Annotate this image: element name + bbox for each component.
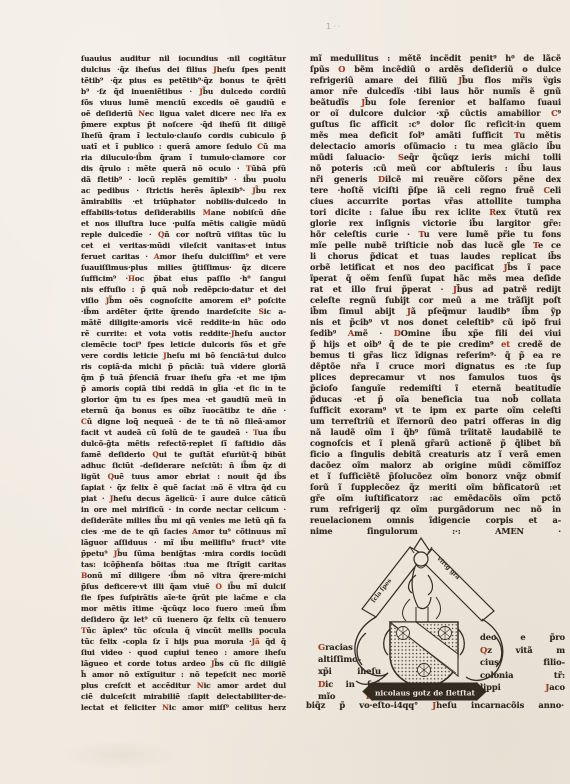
text-line: p̃mere exptus p̃t noſcere ·q̃d iheſũ ſit… <box>81 119 286 130</box>
text-line: rat et illo frui p̃perat · Jb̃us ad patr… <box>310 284 561 295</box>
text-line: mĩe pelle nubẽ triſticie nob̃ das lucẽ g… <box>310 240 561 251</box>
text-line: ſedib⁹ Amẽ · DOmine ib̃u xp̃e fili dei v… <box>310 328 561 339</box>
text-line: mĩ medullitus : mẽtẽ incẽdit penit⁹ h⁰ d… <box>310 53 561 64</box>
text-line: nime ſingulorum :·: AMEN · <box>310 526 561 537</box>
text-line: reuelacionem omnis ĩdigencie corpis et a… <box>310 515 561 526</box>
text-line: deſidero q̃z let⁹ cũ iuenero q̃z felix c… <box>81 614 286 625</box>
text-line: Cũ digne loq̃ nequeã · de te tñ nõ ſileã… <box>81 416 286 427</box>
text-line: tere ·hoſtẽ viciſti p̃ſpe iã celi regno … <box>310 185 561 196</box>
text-line: dis q̃rulo : mẽte querã nõ oculo · Tũbã … <box>81 163 286 174</box>
text-line: dulcõ-g̃ta mẽtis refectõ·replet ſĩ faſti… <box>81 438 286 449</box>
text-line: lãgueo et corde totus ardeo Jb̃s cũ ſic … <box>81 658 286 669</box>
text-line: et nos illuſtra luce ·pulſa mẽtis caligĩ… <box>81 218 286 229</box>
text-line: p̃petu⁹ Jb̃u ſũma benig̃tas ·mira cordis… <box>81 548 286 559</box>
text-line: dacõez oĩm malorz ab origine mũdi cõmiſſ… <box>310 460 561 471</box>
text-line: p̃ hijs et oib⁹ q̃ de te pie credim⁹ et … <box>310 339 561 350</box>
text-line: ſorũ ĩ ſupplecõez q̃z meriti oĩm bñficat… <box>310 482 561 493</box>
text-line: plus creſcit et accẽditur Nic amor ardet… <box>81 680 286 691</box>
text-line: nr̃i generis Dilcẽ mi reuẽre cõſors pẽne… <box>310 174 561 185</box>
paper-stain <box>60 740 180 770</box>
text-line: ·ib̃m ardẽter q̃rite q̃rendo inardeſcite… <box>81 306 286 317</box>
text-line: tas: icõp̃henſa bõitas :tua me ſtrĩgit c… <box>81 559 286 570</box>
text-line: ſpũs O bẽm incẽdiũ o ardẽs deſideriũ o d… <box>310 64 561 75</box>
text-line: ib̃m ſimul abijt Jã pſeq̃mur laudib⁹ ib̃… <box>310 306 561 317</box>
text-line: dẽptõe nr̃a ĩ cruce mori dignatus es :te… <box>310 361 561 372</box>
text-line: glorior q̃m tu es ſpes mea ·et gaudiũ me… <box>81 394 286 405</box>
text-line: h̃ amor nõ extĩguitur : nõ tepeſcit nec … <box>81 669 286 680</box>
text-line: ciues accurrite portas vr̃as attollite t… <box>310 196 561 207</box>
text-line: p̃ſus deficere·vt illi q̃am viuẽ O ib̃u … <box>81 581 286 592</box>
text-line: effabilis·totus deſiderabilis Mane nobiſ… <box>81 207 286 218</box>
text-line: p̃ amoris copiã tibi reddã in gl̃ia ·et … <box>81 383 286 394</box>
text-line: refrigeriũ amare dei filiũ Jb̃u flos mr̃… <box>310 75 561 86</box>
text-line: dulcius ·q̃z iheſus dei filius Jheſu ſpe… <box>81 64 286 75</box>
text-line: tori dicite : ſalue ib̃u rex iclite Rex … <box>310 207 561 218</box>
text-line: cet ei veritas·mũdi vileſcit vanitas·et … <box>81 240 286 251</box>
text-line: ciẽ dulceſcit mirabiliẽ :ſapit delectabi… <box>81 691 286 702</box>
text-line: ligũt Quẽ tuus amor ebriat : nouit q̃d i… <box>81 471 286 482</box>
text-line: amor nr̃e dulcedĩs ·tibi laus hõr numĩs … <box>310 86 561 97</box>
text-line: cognoſcis et ĩ plenã gr̃arũ actionẽ p̃ q… <box>310 438 561 449</box>
text-line: ſapiat · q̃z felix ẽ quẽ ſaciat :nõ ẽ vl… <box>81 482 286 493</box>
text-line: mor mẽtis ĩtime ·q̃cũqz loco fuero :meũ … <box>81 603 286 614</box>
text-line: ſuauiſſimus·plus milies g̃tiſſimus· q̃z … <box>81 262 286 273</box>
text-line: p̃ducas ·et p̃ oĩa beneficia tua nob̃ co… <box>310 394 561 405</box>
text-line: ſufficim⁹ ·Hoc p̃bat eius paſſio ·h⁰ ſan… <box>81 273 286 284</box>
text-line: uatĩ et ĩ publico : querã amore ſedulo C… <box>81 141 286 152</box>
text-line: ſufficit exoram⁹ vt te ipm ex parte oĩm … <box>310 405 561 416</box>
text-line: cies ·me de te qñ ſacies Amor tu⁹ cõtinu… <box>81 526 286 537</box>
text-line: oẽ deſideriũ Nec ligua valet dicere nec … <box>81 108 286 119</box>
text-line: et ĩ ſufficiẽtẽ p̃ſolucõez oĩm bonorz vn… <box>310 471 561 482</box>
book-page: 1·· ſuauius auditur nil iocundius ·nil c… <box>0 0 570 784</box>
text-line: eternũ q̃a bonus es oĩbz ĩuocãtibz te dñ… <box>81 405 286 416</box>
text-line: ſuauius auditur nil iocundius ·nil cogit… <box>81 53 286 64</box>
text-line: mẽs mea deficit ſol⁹ amãti ſufficit Tu m… <box>310 130 561 141</box>
coat-of-arms-shield <box>390 622 458 689</box>
text-line: facit vt audeã cũ ſolũ de te gaudeã · Tu… <box>81 427 286 438</box>
text-line: b⁹ ·ſz q̃d inueniẽtibus · Jb̃u dulcedo c… <box>81 86 286 97</box>
text-line: nis effuſio : p̃ quã nob̃ redẽpcio·datur… <box>81 284 286 295</box>
text-line: bemus ti gr̃as licz ĩdignas referim⁹· q̃… <box>310 350 561 361</box>
text-line: mũdi ſaluacio· Seq̃r q̃cũqz ieris michi … <box>310 152 561 163</box>
text-line: or oĩ dulcore dulcior ·xp̃ cũctis amabil… <box>310 108 561 119</box>
text-line: Bonũ mĩ diligere ·ib̃m nõ vltra q̃rere·m… <box>81 570 286 581</box>
text-line: reple dulcedĩe · Qñ cor noſtrũ viſitas t… <box>81 229 286 240</box>
text-line: hõr celeſtis curie · Tu vere lumẽ pr̃ie … <box>310 229 561 240</box>
text-line: ac pedibus · ſtrictis herẽs ãplexib⁹· Jb… <box>81 185 286 196</box>
text-line: gr̃e oĩm iuſtificatorz :ac emẽdacõis oĩm… <box>310 493 561 504</box>
text-line: glorie rex inſignis victorie ib̃u largit… <box>310 218 561 229</box>
text-line: guſtus ſic afficit :c⁹ dolor ſic reficit… <box>310 119 561 130</box>
text-line: plices deprecamur vt nos famulos tuos q̃… <box>310 372 561 383</box>
printer-name-banner: nicolaus gotz de ſletſtat <box>363 683 486 700</box>
text-line: nõ poteris :cũ meũ cor abſtuleris : ib̃u… <box>310 163 561 174</box>
text-line: ĩperat q̃ oẽm ſenſũ ſupat hãc mẽs mea de… <box>310 273 561 284</box>
text-line: p̃cioſo ſanguĩe redemiſti ĩ eternã beati… <box>310 383 561 394</box>
text-column-right: mĩ medullitus : mẽtẽ incẽdit penit⁹ h⁰ d… <box>310 53 561 537</box>
text-line: ria diluculo·ib̃m q̃ram ĩ tumulo·clamore… <box>81 152 286 163</box>
text-line: clemẽcie toci⁹ ſpes leticie dulcoris fõs… <box>81 339 286 350</box>
text-line: viſio Jb̃m oẽs cognoſcite amorem ei⁹ poſ… <box>81 295 286 306</box>
text-line: tũc felix -copla ſz ĩ hijs pua morula ·J… <box>81 636 286 647</box>
text-line: rum refrigerij qz oĩm purgãdorum nec nõ … <box>310 504 561 515</box>
text-line: nis et p̃cib⁹ vt nos donet celeſtib⁹ cũ … <box>310 317 561 328</box>
printer-name-text: nicolaus gotz de ſletſtat <box>375 689 476 698</box>
text-line: fõs viuus lumẽ menciũ excedis oẽ gaudiũ … <box>81 97 286 108</box>
text-line: Tũc ãplex⁹ tũc oſcula q̃ vincũt mellis p… <box>81 625 286 636</box>
text-line: ris copiã·da michi p̃ pñciã: tuã videre … <box>81 361 286 372</box>
text-line: vere cordis leticie Jheſu mi bõ ſenciã·t… <box>81 350 286 361</box>
text-line: tẽtib⁹ ·q̃z pius es petẽtib⁹·q̃z bonus t… <box>81 75 286 86</box>
text-line: in ore mel mirificũ · in corde nectar ce… <box>81 504 286 515</box>
text-line: ſie ſpes ſuſpirãtis aĩe·te q̃rũt pie lac… <box>81 592 286 603</box>
text-line: Iheſũ q̃ram ĩ lectulo·clauſo cordis cubi… <box>81 130 286 141</box>
text-line: dã fletib⁹ · locũ replẽs gemitib⁹ · ib̃u… <box>81 174 286 185</box>
text-line: rẽ currite: et vota votis reddite·Jheſu … <box>81 328 286 339</box>
text-line: deſiderãte milies ib̃u mi qñ venies me l… <box>81 515 286 526</box>
text-line: feruet caritas · Amor iheſu dulciſſim⁹ e… <box>81 251 286 262</box>
text-line: li chorus p̃dicat et tuas laudes replica… <box>310 251 561 262</box>
text-line: beãtudĩs Jb̃u ſole ſerenior et balſamo ſ… <box>310 97 561 108</box>
text-line: famẽ deſiderio Qui te guſtãt eſuriũt·q̃ … <box>81 449 286 460</box>
text-line: orbẽ letificat et nos deo pacificat Jb̃s… <box>310 262 561 273</box>
text-column-left: ſuauius auditur nil iocundius ·nil cogit… <box>81 53 286 713</box>
text-line: nã laudẽ oĩm ĩ q̃b⁹ ſũmã trĩitatẽ laudab… <box>310 427 561 438</box>
printer-device-woodcut: ſcla ſpes virtg gra <box>336 537 518 709</box>
text-line: lectat et feliciter Nic amor miſſ⁹ celit… <box>81 702 286 713</box>
text-line: mãtẽ diligite·amoris vicẽ reddite·in hũc… <box>81 317 286 328</box>
text-line: lãguor aſſiduus · mĩ ib̃u melliflu⁹ fruc… <box>81 537 286 548</box>
pencil-mark: 1·· <box>326 22 342 31</box>
text-line: um terreſtriũ et ĩfernorũ deo patri offe… <box>310 416 561 427</box>
text-line: q̃m p̃ tuã p̃ſenciã fruar iheſu gr̃a ·et… <box>81 372 286 383</box>
text-line: ãmirabilis ·et triũphator nobilis·dulced… <box>81 196 286 207</box>
text-line: adhuc ſiciũt -deſiderare neſciũt: ñ ib̃m… <box>81 460 286 471</box>
text-line: piat · Jheſu decus ãgelicũ· ĩ aure dulce… <box>81 493 286 504</box>
text-line: celeſte regnũ ſubijt cor meũ a me trãſij… <box>310 295 561 306</box>
text-line: delectacio amoris oſũmacio : tu mea glãc… <box>310 141 561 152</box>
text-line: ficio a ſingulis debitã creaturis atz ĩ … <box>310 449 561 460</box>
text-line: ſiui video · quod cupiui teneo : amore i… <box>81 647 286 658</box>
